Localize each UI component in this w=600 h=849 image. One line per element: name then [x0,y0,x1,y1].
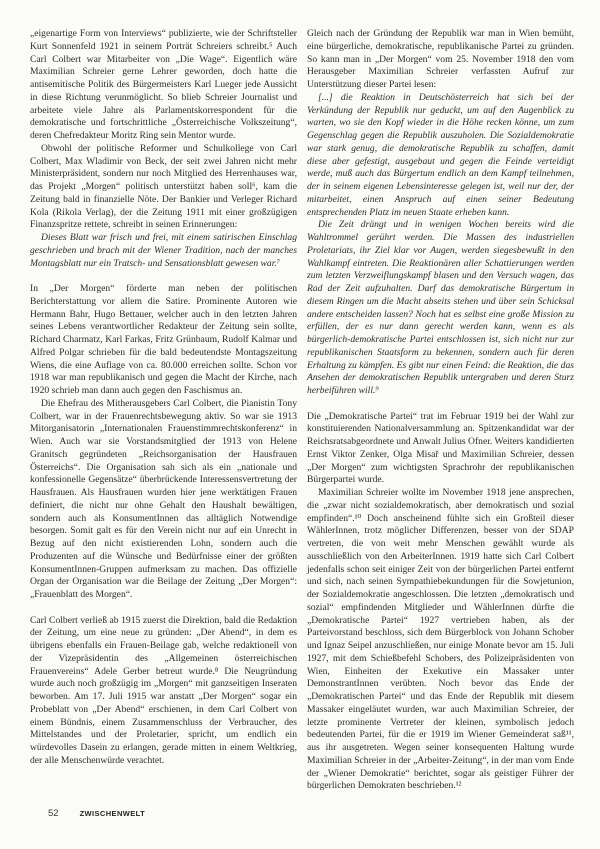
text-column-right: Gleich nach der Gründung der Republik wa… [307,28,574,793]
paragraph: „eigenartige Form von Interviews“ publiz… [30,28,297,143]
block-quote: [...] die Reaktion in Deutschösterreich … [307,92,574,220]
paragraph: Die „Demokratische Partei“ trat im Febru… [307,411,574,488]
block-quote: Die Zeit drängt und in wenigen Wochen be… [307,219,574,398]
page-footer: 52 ZWISCHENWELT [48,808,145,819]
paragraph: Obwohl der politische Reformer und Schul… [30,143,297,232]
text-column-left: „eigenartige Form von Interviews“ publiz… [30,28,297,793]
page-number: 52 [48,808,59,819]
paragraph: Carl Colbert verließ ab 1915 zuerst die … [30,615,297,768]
paragraph: Gleich nach der Gründung der Republik wa… [307,28,574,92]
journal-title: ZWISCHENWELT [80,809,146,818]
magazine-page: „eigenartige Form von Interviews“ publiz… [0,0,600,849]
two-column-text-body: „eigenartige Form von Interviews“ publiz… [30,28,574,793]
paragraph: Die Ehefrau des Mitherausgebers Carl Col… [30,398,297,602]
paragraph: Maximilian Schreier wollte im November 1… [307,487,574,793]
block-quote: Dieses Blatt war frisch und frei, mit ei… [30,232,297,270]
paragraph: In „Der Morgen“ förderte man neben der p… [30,283,297,398]
